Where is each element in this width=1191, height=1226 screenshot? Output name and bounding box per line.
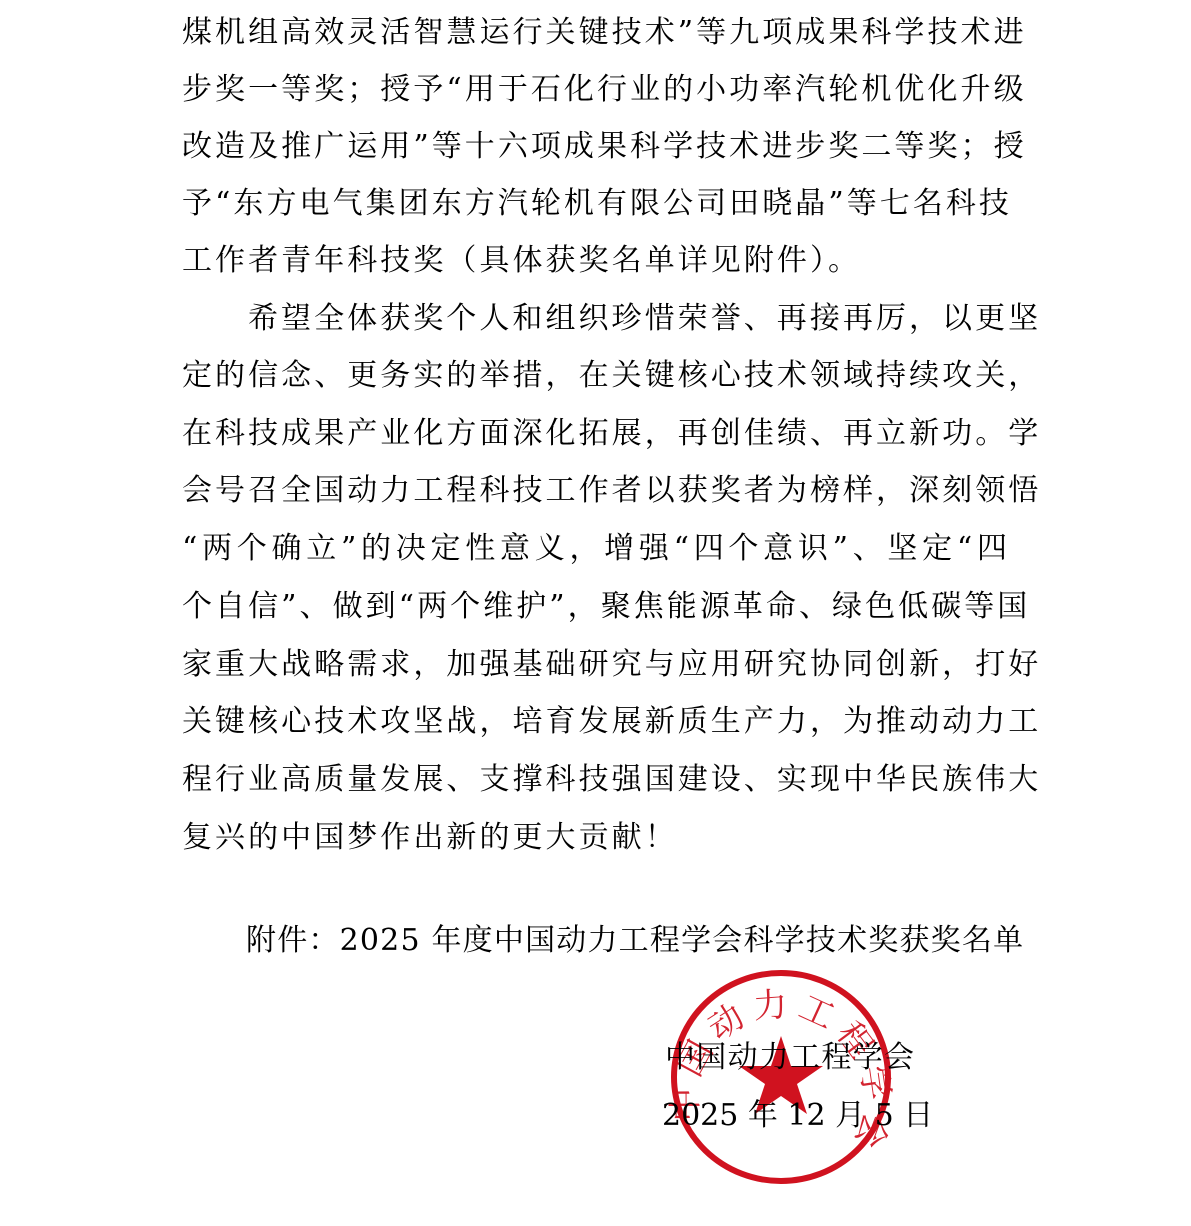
paragraph-line: 工作者青年科技奖（具体获奖名单详见附件）。 — [182, 241, 1010, 281]
paragraph-line: 复兴的中国梦作出新的更大贡献！ — [182, 818, 1010, 858]
paragraph-line: 希望全体获奖个人和组织珍惜荣誉、再接再厉，以更坚 — [248, 299, 1010, 339]
paragraph-line: 予“东方电气集团东方汽轮机有限公司田晓晶”等七名科技 — [182, 184, 1010, 224]
issue-date: 2025 年 12 月 5 日 — [662, 1096, 908, 1136]
paragraph-line: 定的信念、更务实的举措，在关键核心技术领域持续攻关， — [182, 356, 1010, 396]
paragraph-line: 在科技成果产业化方面深化拓展，再创佳绩、再立新功。学 — [182, 414, 1010, 454]
document-page: 煤机组高效灵活智慧运行关键技术”等九项成果科学技术进 步奖一等奖；授予“用于石化… — [0, 0, 1191, 1226]
paragraph-line: 家重大战略需求，加强基础研究与应用研究协同创新，打好 — [182, 645, 1010, 685]
paragraph-line: 程行业高质量发展、支撑科技强国建设、实现中华民族伟大 — [182, 760, 1010, 800]
paragraph-line: 步奖一等奖；授予“用于石化行业的小功率汽轮机优化升级 — [182, 70, 1010, 110]
paragraph-line: 关键核心技术攻坚战，培育发展新质生产力，为推动动力工 — [182, 702, 1010, 742]
paragraph-line: 改造及推广运用”等十六项成果科学技术进步奖二等奖；授 — [182, 127, 1010, 167]
issuing-organization: 中国动力工程学会 — [665, 1038, 915, 1078]
paragraph-line: 煤机组高效灵活智慧运行关键技术”等九项成果科学技术进 — [182, 13, 1010, 53]
paragraph-line: 会号召全国动力工程科技工作者以获奖者为榜样，深刻领悟 — [182, 471, 1010, 511]
paragraph-line: “两个确立”的决定性意义，增强“四个意识”、坚定“四 — [182, 529, 1010, 569]
paragraph-line: 个自信”、做到“两个维护”，聚焦能源革命、绿色低碳等国 — [182, 587, 1010, 627]
attachment-reference: 附件：2025 年度中国动力工程学会科学技术奖获奖名单 — [246, 921, 1010, 961]
